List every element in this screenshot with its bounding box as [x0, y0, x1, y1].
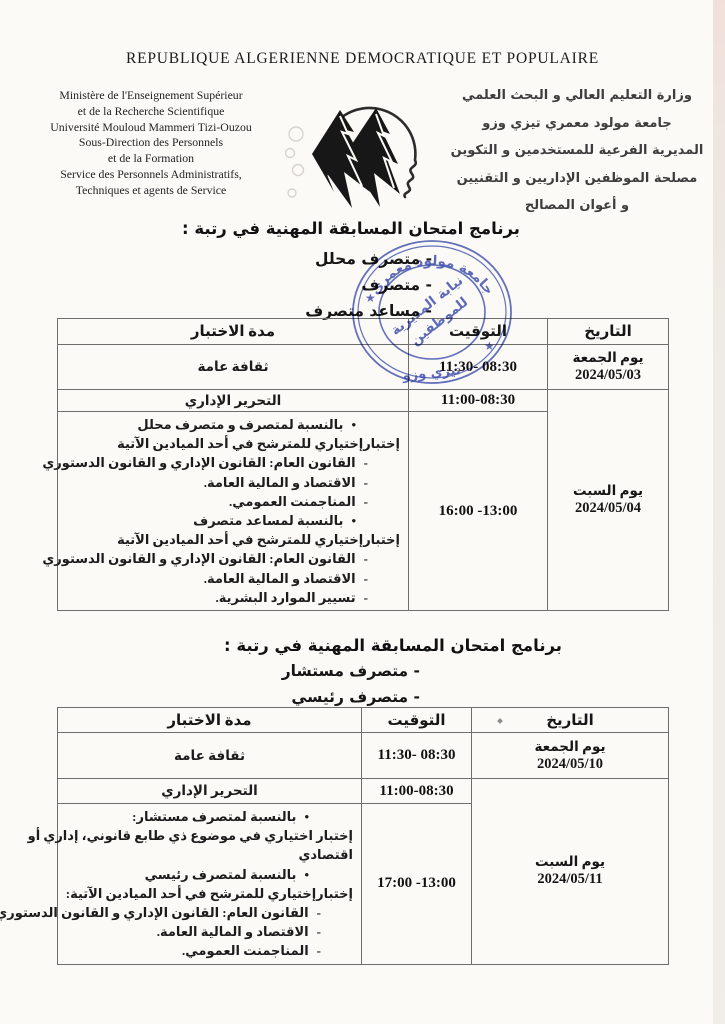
dash-line: -القانون العام: القانون الإداري و القانو… — [62, 453, 402, 472]
time-cell: 11:00-08:30 — [409, 390, 548, 412]
dash-line: -المناجمنت العمومي. — [62, 941, 355, 960]
section2-ranks: - متصرف مستشار - متصرف رئيسي — [282, 658, 420, 710]
french-line: Ministère de l'Enseignement Supérieur — [32, 88, 270, 104]
date-value: 2024/05/11 — [472, 871, 668, 888]
french-line: Sous-Direction des Personnels — [32, 135, 270, 151]
ummto-logo-icon — [282, 90, 434, 214]
exam-cell: •بالنسبة لمتصرف و متصرف محللإختبارإختيار… — [58, 412, 409, 611]
bullet-line: •بالنسبة لمساعد متصرف — [62, 511, 402, 530]
scan-edge-artifact — [713, 0, 725, 1024]
date-value: 2024/05/04 — [548, 500, 668, 517]
time-range: 16:00 -13:00 — [439, 503, 518, 519]
french-line: et de la Formation — [32, 151, 270, 167]
text-line: إختبارإختياري للمترشح في أحد الميادين ال… — [62, 434, 402, 453]
french-line: et de la Recherche Scientifique — [32, 104, 270, 120]
round-stamp-icon: جامعة مولود معمري تيزي وزو ★ ★ نيابة الم… — [348, 236, 516, 388]
col-header-date: التاريخ — [548, 319, 669, 345]
col-header-time: التوقيت — [362, 708, 472, 733]
section2-title: برنامج امتحان المسابقة المهنية في رتبة : — [224, 636, 562, 655]
time-range: 17:00 -13:00 — [377, 875, 456, 891]
text-line: اقتصادي — [62, 845, 355, 864]
date-value: 2024/05/03 — [548, 367, 668, 384]
exam-details-list: •بالنسبة لمتصرف مستشار:إختبار اختياري في… — [58, 804, 361, 964]
university-logo — [282, 90, 434, 214]
table-row: يوم السبت 2024/05/04 11:00-08:30 التحرير… — [58, 390, 669, 412]
time-cell: 17:00 -13:00 — [362, 804, 472, 965]
bullet-line: •بالنسبة لمتصرف رئيسي — [62, 865, 355, 884]
exam-cell: •بالنسبة لمتصرف مستشار:إختبار اختياري في… — [58, 804, 362, 965]
time-range: 11:00-08:30 — [379, 783, 453, 799]
date-day: يوم الجمعة — [548, 350, 668, 366]
arabic-line: و أعوان المصالح — [448, 192, 706, 220]
time-cell: 11:30- 08:30 — [362, 733, 472, 779]
date-day: يوم السبت — [548, 483, 668, 499]
date-cell: يوم الجمعة 2024/05/10 — [472, 733, 669, 779]
ministry-french-block: Ministère de l'Enseignement Supérieur et… — [32, 88, 270, 199]
exam-schedule-table-2: التاريخ التوقيت مدة الاختبار يوم الجمعة … — [57, 707, 669, 965]
republic-title: REPUBLIQUE ALGERIENNE DEMOCRATIQUE ET PO… — [0, 50, 725, 68]
date-value: 2024/05/10 — [472, 756, 668, 773]
dash-line: -المناجمنت العمومي. — [62, 492, 402, 511]
document-page: REPUBLIQUE ALGERIENNE DEMOCRATIQUE ET PO… — [0, 0, 725, 1024]
text-line: إختبارإختياري للمترشح في أحد الميادين ال… — [62, 884, 355, 903]
table-row: يوم الجمعة 2024/05/10 11:30- 08:30 ثقافة… — [58, 733, 669, 779]
bullet-line: •بالنسبة لمتصرف و متصرف محلل — [62, 415, 402, 434]
stamp-star-left-icon: ★ — [365, 291, 376, 305]
date-cell: يوم الجمعة 2024/05/03 — [548, 345, 669, 390]
dash-line: -القانون العام: القانون الإداري و القانو… — [62, 549, 402, 568]
exam-details-list: •بالنسبة لمتصرف و متصرف محللإختبارإختيار… — [58, 412, 408, 610]
exam-cell: ثقافة عامة — [58, 733, 362, 779]
ministry-arabic-block: وزارة التعليم العالي و البحث العلمي جامع… — [448, 82, 706, 220]
date-day: يوم الجمعة — [472, 739, 668, 755]
text-line: إختبارإختياري للمترشح في أحد الميادين ال… — [62, 530, 402, 549]
arabic-line: وزارة التعليم العالي و البحث العلمي — [448, 82, 706, 110]
exam-cell: التحرير الإداري — [58, 390, 409, 412]
date-cell: يوم السبت 2024/05/04 — [548, 390, 669, 611]
dash-line: -الاقتصاد و المالية العامة. — [62, 569, 402, 588]
rank-item: - متصرف مستشار — [282, 658, 420, 684]
dash-line: -الاقتصاد و المالية العامة. — [62, 473, 402, 492]
time-range: 11:00-08:30 — [441, 392, 515, 408]
col-header-date: التاريخ — [472, 708, 669, 733]
time-cell: 16:00 -13:00 — [409, 412, 548, 611]
date-cell: يوم السبت 2024/05/11 — [472, 779, 669, 965]
french-line: Université Mouloud Mammeri Tizi-Ouzou — [32, 120, 270, 136]
bullet-line: •بالنسبة لمتصرف مستشار: — [62, 807, 355, 826]
dash-line: -الاقتصاد و المالية العامة. — [62, 922, 355, 941]
exam-cell: التحرير الإداري — [58, 779, 362, 804]
stamp-star-right-icon: ★ — [484, 339, 495, 353]
french-line: Techniques et agents de Service — [32, 183, 270, 199]
dash-line: -القانون العام: القانون الإداري و القانو… — [62, 903, 355, 922]
col-header-duration: مدة الاختبار — [58, 708, 362, 733]
arabic-line: جامعة مولود معمري تيزي وزو — [448, 110, 706, 138]
arabic-line: مصلحة الموظفين الإداريين و التقنيين — [448, 165, 706, 193]
table-row: يوم السبت 2024/05/11 11:00-08:30 التحرير… — [58, 779, 669, 804]
university-stamp: جامعة مولود معمري تيزي وزو ★ ★ نيابة الم… — [348, 236, 516, 388]
time-range: 11:30- 08:30 — [378, 747, 456, 763]
arabic-line: المديرية الفرعية للمستخدمين و التكوين — [448, 137, 706, 165]
text-line: إختبار اختياري في موضوع ذي طابع قانوني، … — [62, 826, 355, 845]
french-line: Service des Personnels Administratifs, — [32, 167, 270, 183]
date-day: يوم السبت — [472, 854, 668, 870]
dash-line: -تسيير الموارد البشرية. — [62, 588, 402, 607]
time-cell: 11:00-08:30 — [362, 779, 472, 804]
